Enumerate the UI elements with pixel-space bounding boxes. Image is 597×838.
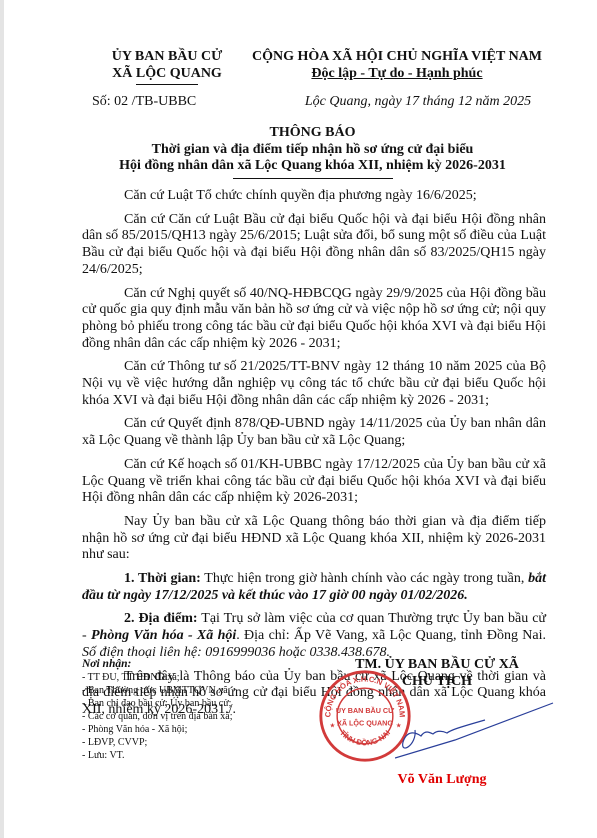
national-header: CỘNG HÒA XÃ HỘI CHỦ NGHĨA VIỆT NAM Độc l… (247, 48, 547, 82)
paragraph: Căn cứ Quyết định 878/QĐ-UBND ngày 14/11… (82, 416, 546, 449)
title-sub-2: Hội đồng nhân dân xã Lộc Quang khóa XII,… (80, 158, 545, 175)
recipient-item: - LĐVP, CVVP; (82, 736, 302, 749)
office-name: Phòng Văn hóa - Xã hội (91, 628, 236, 643)
divider (136, 84, 198, 85)
paragraph: Căn cứ Kế hoạch số 01/KH-UBBC ngày 17/12… (82, 457, 546, 507)
divider (233, 178, 393, 179)
svg-text:TỈNH ĐỒNG NAI: TỈNH ĐỒNG NAI (338, 728, 392, 747)
recipient-item: - Lưu: VT. (82, 749, 302, 762)
paragraph: Căn cứ Luật Tổ chức chính quyền địa phươ… (82, 188, 546, 205)
viewer-edge (0, 0, 4, 838)
recipient-item: - Phòng Văn hóa - Xã hội; (82, 723, 302, 736)
title-main: THÔNG BÁO (80, 125, 545, 142)
time-label: 1. Thời gian: (124, 571, 201, 586)
paragraph: Căn cứ Căn cứ Luật Bầu cử đại biểu Quốc … (82, 212, 546, 279)
position-label: CHỦ TỊCH (322, 673, 552, 690)
issuing-authority: ỦY BAN BẦU CỬ XÃ LỘC QUANG (92, 48, 242, 85)
paragraph: Căn cứ Nghị quyết số 40/NQ-HĐBCQG ngày 2… (82, 286, 546, 353)
signature-block: TM. ỦY BAN BẦU CỬ XÃ CHỦ TỊCH (322, 656, 552, 690)
recipient-item: - TT ĐU, TT HĐND xã; (82, 671, 302, 684)
nation-name: CỘNG HÒA XÃ HỘI CHỦ NGHĨA VIỆT NAM (247, 48, 547, 65)
document-body: Căn cứ Luật Tổ chức chính quyền địa phươ… (82, 188, 546, 726)
svg-text:XÃ LỘC QUANG: XÃ LỘC QUANG (337, 719, 393, 728)
document-number: Số: 02 /TB-UBBC (92, 94, 196, 110)
time-item: 1. Thời gian: Thực hiện trong giờ hành c… (82, 571, 546, 604)
org-line-2: XÃ LỘC QUANG (92, 65, 242, 82)
address: . Địa chỉ: Ấp Vẽ Vang, xã Lộc Quang, tỉn… (236, 628, 546, 643)
place-date: Lộc Quang, ngày 17 tháng 12 năm 2025 (293, 94, 543, 110)
recipient-item: - Các cơ quan, đơn vị trên địa bàn xã; (82, 710, 302, 723)
handwritten-signature-icon (395, 700, 555, 760)
svg-text:★: ★ (329, 722, 335, 730)
signer-name: Võ Văn Lượng (352, 772, 532, 788)
document-title: THÔNG BÁO Thời gian và địa điểm tiếp nhậ… (80, 125, 545, 179)
recipient-item: - Ban chỉ đạo bầu cử; Ủy ban bầu cử; (82, 697, 302, 710)
recipients: Nơi nhận: - TT ĐU, TT HĐND xã; - Ban Thư… (82, 658, 302, 762)
location-label: 2. Địa điểm: (124, 611, 198, 626)
title-sub-1: Thời gian và địa điểm tiếp nhận hồ sơ ứn… (80, 142, 545, 159)
on-behalf-label: TM. ỦY BAN BẦU CỬ XÃ (322, 656, 552, 673)
recipient-item: - Ban Thường trực UBMTTQVN xã; (82, 684, 302, 697)
paragraph: Nay Ủy ban bầu cử xã Lộc Quang thông báo… (82, 514, 546, 564)
time-text: Thực hiện trong giờ hành chính vào các n… (201, 571, 528, 586)
svg-text:ỦY BAN BẦU CỬ: ỦY BAN BẦU CỬ (336, 705, 394, 715)
paragraph: Căn cứ Thông tư số 21/2025/TT-BNV ngày 1… (82, 359, 546, 409)
location-item: 2. Địa điểm: Tại Trụ sở làm việc của cơ … (82, 611, 546, 661)
recipients-heading: Nơi nhận: (82, 658, 302, 671)
org-line-1: ỦY BAN BẦU CỬ (92, 48, 242, 65)
motto: Độc lập - Tự do - Hạnh phúc (247, 65, 547, 82)
